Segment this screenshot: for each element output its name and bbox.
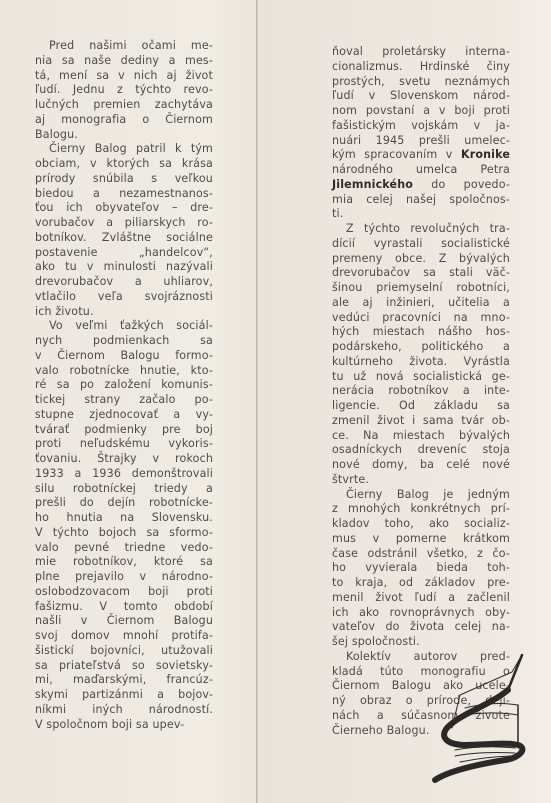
text-line: v Čiernom Balogu formo- xyxy=(35,349,213,364)
text-line: valo robotnícke hnutie, kto- xyxy=(35,364,213,379)
text-line: vorubačov a piliarskych ro- xyxy=(35,216,213,231)
text-line: sa priateľstvá so sovietsky- xyxy=(35,659,213,674)
text-line: tá, mení sa v nich aj život xyxy=(35,69,213,84)
text-line: cionalizmus. Hrdinské činy xyxy=(332,60,510,75)
text-line: svoj domov mnohí protifa- xyxy=(35,629,213,644)
text-line: našli v Čiernom Balogu xyxy=(35,614,213,629)
text-fragment: kým spracovaním v xyxy=(332,148,461,161)
text-line: V spoločnom boji sa upev- xyxy=(35,718,213,733)
text-line: biedou a nezamestnanos- xyxy=(35,187,213,202)
text-line: zmenil život i sama tvár ob- xyxy=(332,414,510,429)
text-line: prešli do dejín robotnícke- xyxy=(35,496,213,511)
text-line: mi, maďarskými, francúz- xyxy=(35,673,213,688)
text-line: národného umelca Petra xyxy=(332,163,510,178)
author-name-jilemnicky: Jilemnického xyxy=(332,178,413,191)
text-line: Pred našimi očami me- xyxy=(35,39,213,54)
text-line: Čierny Balog je jedným xyxy=(332,488,510,503)
text-line: 1933 a 1936 demonštrovali xyxy=(35,467,213,482)
text-line: ale aj inžinieri, učitelia a xyxy=(332,296,510,311)
text-line: nia sa naše dediny a mes- xyxy=(35,54,213,69)
text-line: silu robotníckej triedy a xyxy=(35,482,213,497)
text-line: mus v pomerne krátkom xyxy=(332,532,510,547)
text-line: plne prejavilo v národno- xyxy=(35,570,213,585)
text-line: ho vyvierala bieda toh- xyxy=(332,561,510,576)
text-line: prostých, svetu neznámych xyxy=(332,75,510,90)
text-line: tu už nová socialistická ge- xyxy=(332,370,510,385)
text-line: ňoval proletársky interna- xyxy=(332,45,510,60)
text-line: premeny obce. Z bývalých xyxy=(332,252,510,267)
text-line: vateľov do života celej na- xyxy=(332,620,510,635)
text-line: ľudí v Slovenskom národ- xyxy=(332,89,510,104)
text-line: Balogu. xyxy=(35,128,213,143)
text-line: ligencie. Od základu sa xyxy=(332,399,510,414)
text-line: ti. xyxy=(332,207,510,222)
text-line: ce. Na miestach bývalých xyxy=(332,429,510,444)
text-line: obciam, v ktorých sa krása xyxy=(35,157,213,172)
text-line: podárskeho, politického a xyxy=(332,340,510,355)
text-line: oslobodzovacom boji proti xyxy=(35,585,213,600)
text-line: tickej strany začalo po- xyxy=(35,393,213,408)
text-line: vtlačilo veľa svojráznosti xyxy=(35,290,213,305)
text-line: V týchto bojoch sa sformo- xyxy=(35,526,213,541)
text-line: osadníckych dreveníc stoja xyxy=(332,443,510,458)
text-line: dícií vyrastali socialistické xyxy=(332,237,510,252)
left-text-column: Pred našimi očami me- nia sa naše dediny… xyxy=(35,39,213,732)
book-title-kronike: Kronike xyxy=(461,148,510,161)
text-line: valo pevné triedne vedo- xyxy=(35,541,213,556)
ink-stamp-scribble-icon xyxy=(420,650,550,795)
text-line: z mnohých konkrétnych prí- xyxy=(332,502,510,517)
text-line: proti neľudskému vykoris- xyxy=(35,437,213,452)
text-line: fašizmu. V tomto období xyxy=(35,600,213,615)
text-line: ľudí. Jednu z týchto revo- xyxy=(35,83,213,98)
text-line: nom povstaní a v boji proti xyxy=(332,104,510,119)
text-line: Z týchto revolučných tra- xyxy=(332,222,510,237)
text-line: kým spracovaním v Kronike xyxy=(332,148,510,163)
text-line: Jilemnického do povedo- xyxy=(332,178,510,193)
text-line: botníkov. Zvláštne sociálne xyxy=(35,231,213,246)
text-line: skymi partizánmi a bojov- xyxy=(35,688,213,703)
text-line: nové domy, ba celé nové xyxy=(332,458,510,473)
text-line: aj monografia o Čiernom xyxy=(35,113,213,128)
text-line: kladov toho, ako socializ- xyxy=(332,517,510,532)
text-line: drevorubačov a uhliarov, xyxy=(35,275,213,290)
text-fragment: do povedo- xyxy=(413,178,510,191)
text-line: štvrte. xyxy=(332,473,510,488)
text-line: kultúrneho života. Vyrástla xyxy=(332,355,510,370)
text-line: šinou priemyselní robotníci, xyxy=(332,281,510,296)
text-line: prírody snúbila s veľkou xyxy=(35,172,213,187)
text-line: lučných premien zachytáva xyxy=(35,98,213,113)
text-line: stupne zjednocovať a vy- xyxy=(35,408,213,423)
text-line: mia celej našej spoločnos- xyxy=(332,193,510,208)
text-line: ťovaniu. Štrajky v rokoch xyxy=(35,452,213,467)
text-line: čase odstránil všetko, z čo- xyxy=(332,547,510,562)
page-gutter xyxy=(256,0,258,803)
text-line: tvárať podmienky pre boj xyxy=(35,423,213,438)
text-line: nuári 1945 prešli umelec- xyxy=(332,134,510,149)
text-line: šej spoločnosti. xyxy=(332,635,510,650)
text-line: ťou ich obyvateľov – dre- xyxy=(35,201,213,216)
text-line: ako tu v minulosti nazývali xyxy=(35,260,213,275)
text-line: šistickí bojovníci, utužovali xyxy=(35,644,213,659)
text-line: Čierny Balog patril k tým xyxy=(35,142,213,157)
text-line: mie robotníkov, ktoré sa xyxy=(35,555,213,570)
text-line: ré sa po založení komunis- xyxy=(35,378,213,393)
text-line: hých miestach nášho hos- xyxy=(332,325,510,340)
text-line: to kraja, od základov pre- xyxy=(332,576,510,591)
text-line: ho hnutia na Slovensku. xyxy=(35,511,213,526)
text-line: nych podmienkach sa xyxy=(35,334,213,349)
text-line: fašistickým vojskám v ja- xyxy=(332,119,510,134)
text-line: níkmi iných národností. xyxy=(35,703,213,718)
text-line: ich životu. xyxy=(35,305,213,320)
text-line: postavenie „handelcov“, xyxy=(35,246,213,261)
text-line: drevorubačov sa stali väč- xyxy=(332,266,510,281)
right-text-column: ňoval proletársky interna- cionalizmus. … xyxy=(332,45,510,738)
text-line: vedúci pracovníci na mno- xyxy=(332,311,510,326)
text-line: Vo veľmi ťažkých sociál- xyxy=(35,319,213,334)
text-line: menil život ľudí a začlenil xyxy=(332,591,510,606)
text-line: ich ako rovnoprávnych oby- xyxy=(332,606,510,621)
text-line: nerácia robotníkov a inte- xyxy=(332,384,510,399)
